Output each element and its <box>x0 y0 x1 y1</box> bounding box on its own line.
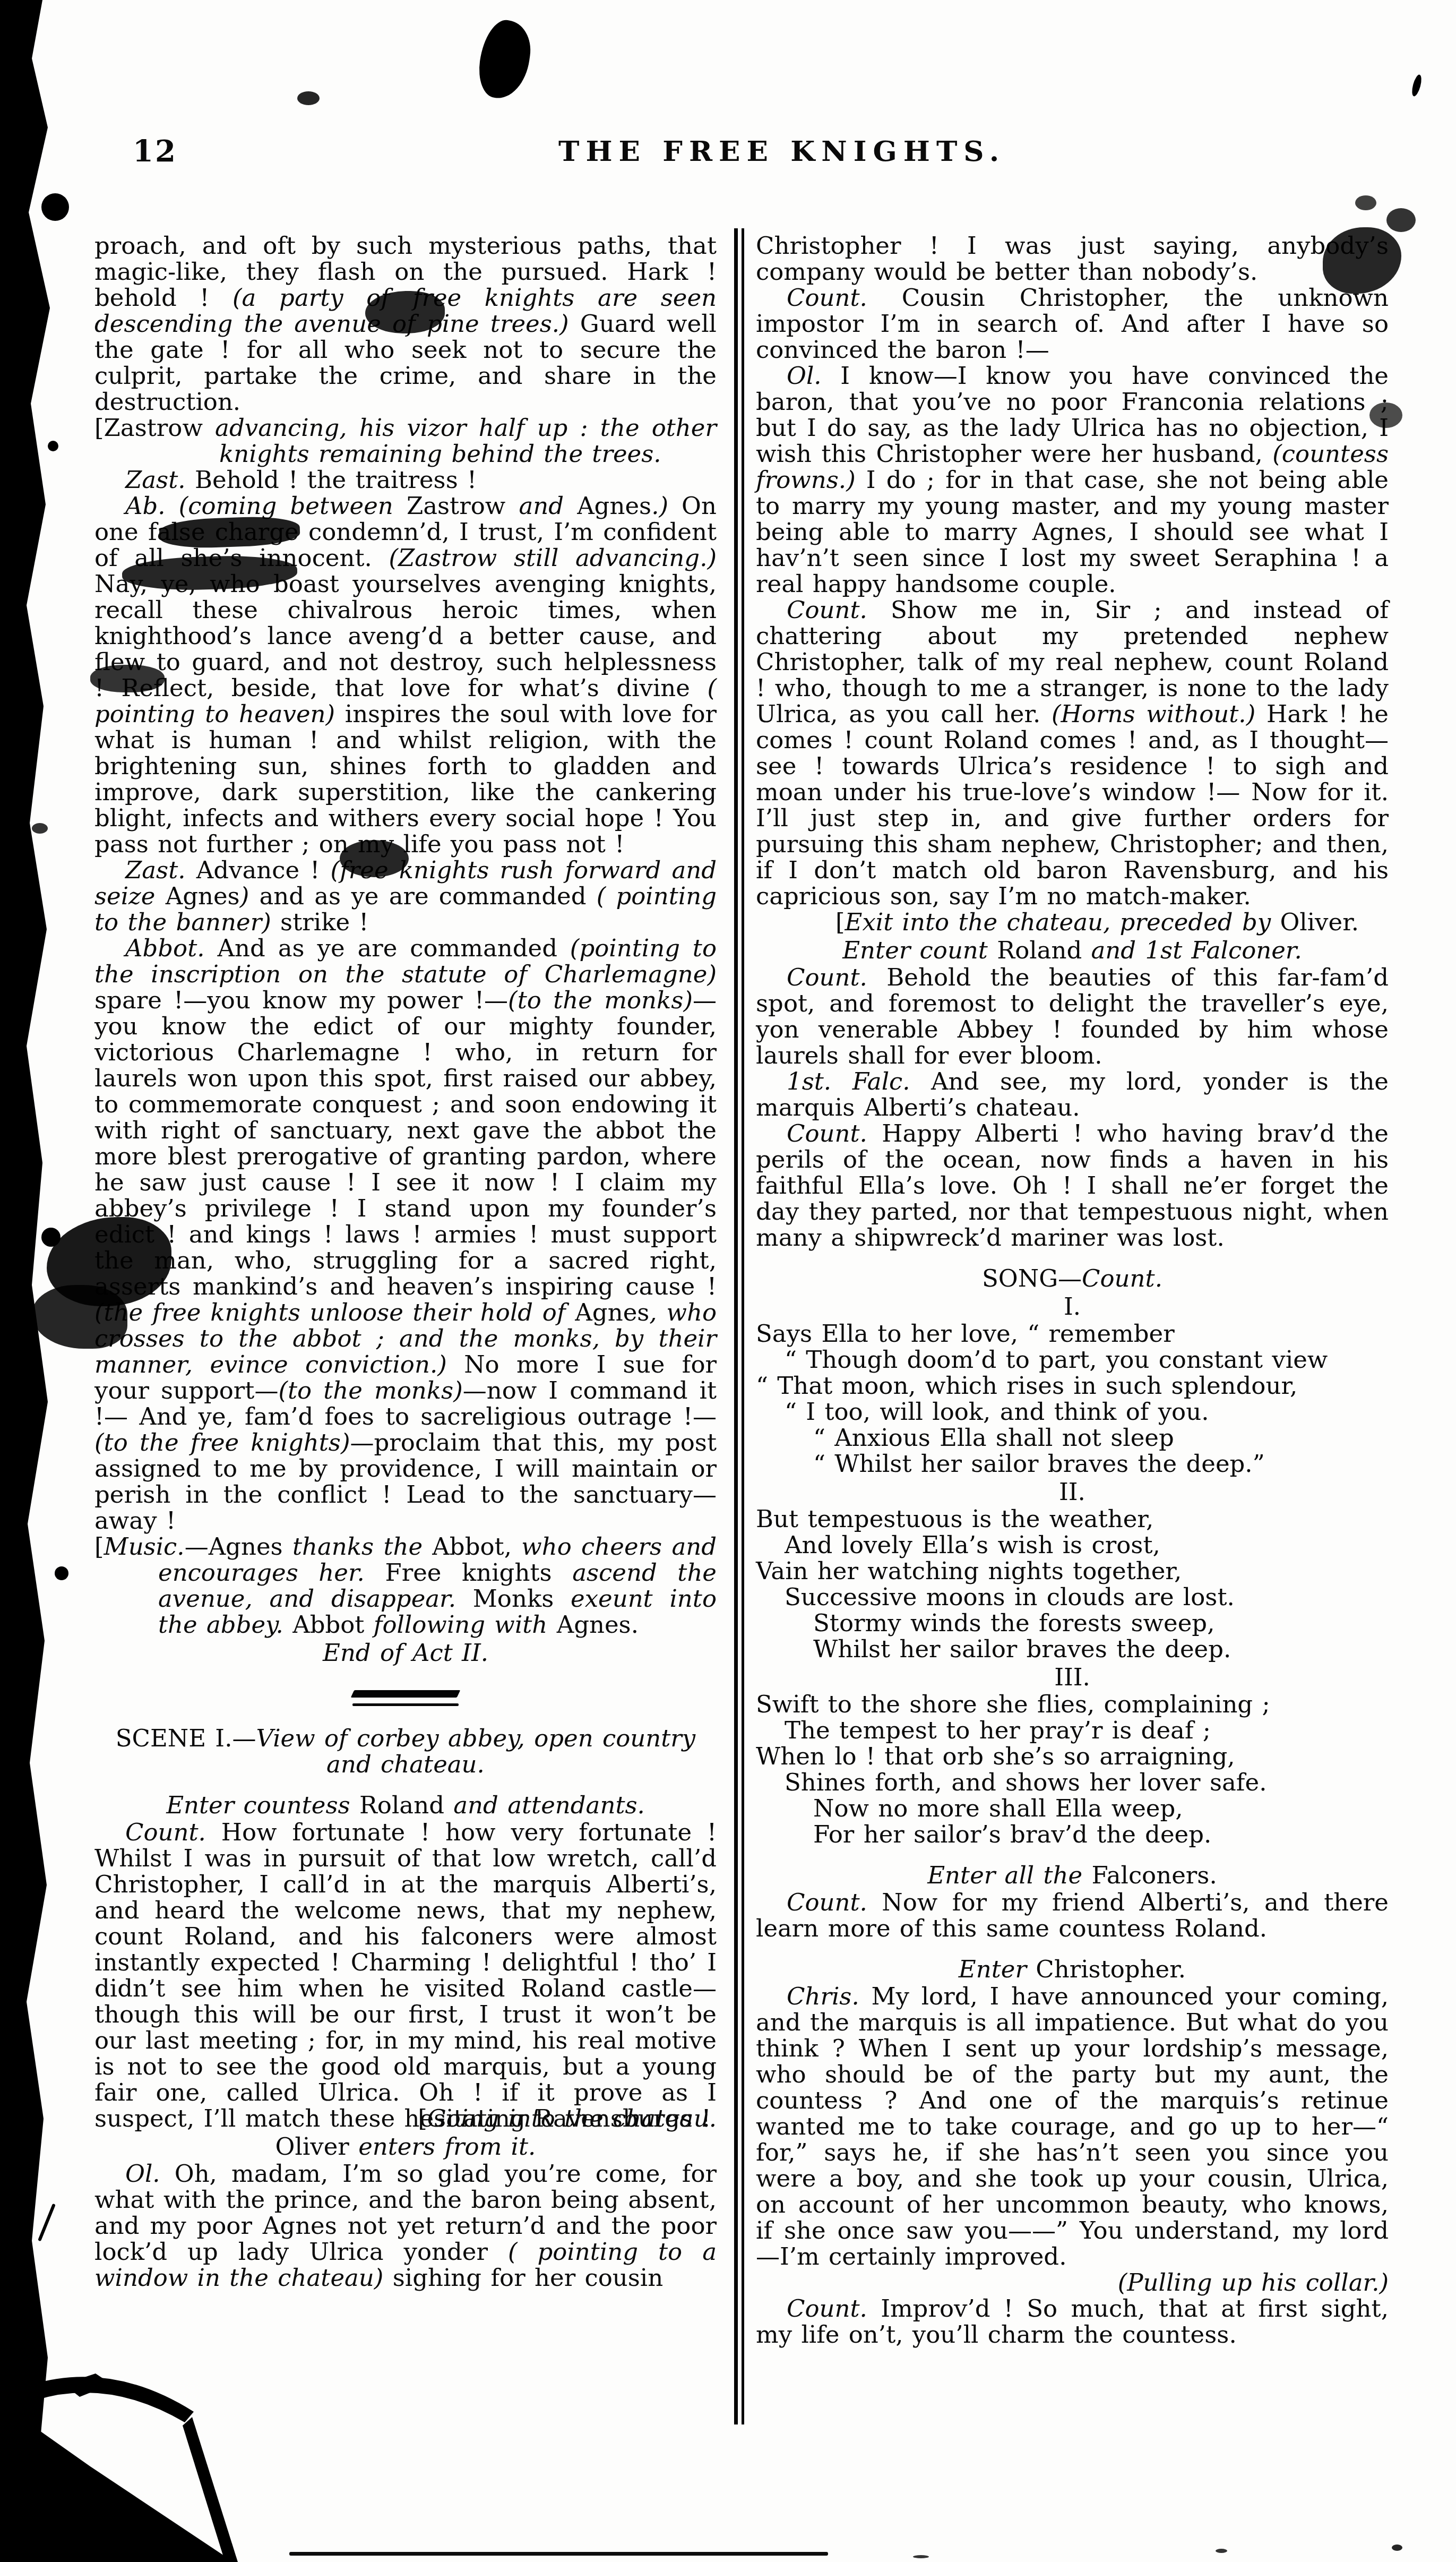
speech-paragraph: Abbot. And as ye are commanded (pointing… <box>94 935 717 1533</box>
stage-direction: (Pulling up his collar.) <box>756 2269 1389 2295</box>
italic-text: enters from it. <box>358 2132 536 2161</box>
roman-text: But tempestuous is the weather, <box>756 1505 1153 1533</box>
song-verse: Swift to the shore she flies, complainin… <box>756 1691 1389 1847</box>
roman-text: Falconers. <box>1092 1861 1217 1889</box>
roman-text: Agnes <box>577 492 651 520</box>
italic-text: Zast. <box>125 466 186 494</box>
roman-text: strike ! <box>271 908 369 936</box>
roman-text: And as ye are commanded <box>205 934 570 962</box>
roman-text: SCENE I.— <box>116 1724 256 1752</box>
song-line: “ Whilst her sailor braves the deep.” <box>756 1451 1389 1477</box>
roman-text: “ Whilst her sailor braves the deep.” <box>813 1450 1265 1478</box>
song-line: Shines forth, and shows her lover safe. <box>756 1769 1389 1795</box>
ink-blot <box>1386 208 1416 232</box>
roman-text: and as ye are commanded <box>249 882 596 910</box>
roman-text: Oliver. <box>1280 908 1359 936</box>
roman-text: Agnes <box>166 882 240 910</box>
roman-text: Advance ! <box>186 856 331 884</box>
centered-line: End of Act II. <box>94 1640 717 1666</box>
italic-text: Count. <box>787 963 867 991</box>
song-line: The tempest to her pray’r is deaf ; <box>756 1717 1389 1743</box>
italic-text: and 1st Falconer. <box>1082 936 1302 964</box>
centered-line: II. <box>756 1479 1389 1505</box>
page-number: 12 <box>133 134 177 169</box>
centered-line: SONG—Count. <box>756 1265 1389 1291</box>
song-line: Whilst her sailor braves the deep. <box>756 1636 1389 1662</box>
stage-direction: [Exit into the chateau, preceded by Oliv… <box>835 909 1389 935</box>
song-line: “ Though doom’d to part, you constant vi… <box>756 1347 1389 1373</box>
ink-blot <box>1369 402 1402 428</box>
roman-text: And lovely Ella’s wish is crost, <box>785 1531 1160 1559</box>
roman-text: Hark ! he comes ! count Roland comes ! a… <box>756 700 1389 910</box>
roman-text: Christopher. <box>1036 1955 1186 1983</box>
italic-text: Count. <box>787 596 867 624</box>
ink-blot <box>1323 227 1401 294</box>
running-title: THE FREE KNIGHTS. <box>558 135 1005 168</box>
italic-text: View of corbey abbey, open country and c… <box>256 1724 695 1778</box>
roman-text: Abbot <box>283 1610 374 1639</box>
roman-text: Zastrow <box>407 492 505 520</box>
italic-text: (to the free knights) <box>94 1428 350 1456</box>
song-line: Stormy winds the forests sweep, <box>756 1610 1389 1636</box>
roman-text: “ Though doom’d to part, you constant vi… <box>785 1346 1328 1374</box>
paragraph: Christopher ! I was just saying, anybody… <box>756 233 1389 285</box>
roman-text: I. <box>1064 1292 1081 1321</box>
roman-text: My lord, I have announced your coming, a… <box>756 1982 1389 2270</box>
roman-text: Vain her watching nights together, <box>756 1557 1182 1585</box>
ink-blot <box>289 2552 828 2556</box>
italic-text: End of Act II. <box>323 1639 488 1667</box>
italic-text: (Zastrow still advancing.) <box>389 544 717 572</box>
italic-text: Ol. <box>787 362 822 390</box>
song-line: “ I too, will look, and think of you. <box>756 1399 1389 1425</box>
roman-text: Swift to the shore she flies, complainin… <box>756 1690 1270 1718</box>
song-verse: Says Ella to her love, “ remember“ Thoug… <box>756 1321 1389 1477</box>
column-divider-rule <box>734 228 738 2424</box>
song-line: Says Ella to her love, “ remember <box>756 1321 1389 1347</box>
centered-line: Enter countess Roland and attendants. <box>94 1792 717 1818</box>
scene-heading: SCENE I.—View of corbey abbey, open coun… <box>94 1725 717 1777</box>
ink-blot <box>297 91 320 105</box>
ink-blot <box>365 291 445 333</box>
italic-text: Abbot. <box>125 934 205 962</box>
roman-text: Behold ! the traitress ! <box>186 466 477 494</box>
ink-blot <box>1410 74 1423 97</box>
speech-paragraph: Count. Show me in, Sir ; and instead of … <box>756 597 1389 909</box>
song-line: “ That moon, which rises in such splendo… <box>756 1373 1389 1399</box>
roman-text: III. <box>1054 1663 1090 1691</box>
roman-text: Now no more shall Ella weep, <box>813 1794 1183 1822</box>
ink-blot <box>340 840 409 877</box>
speech-paragraph: Zast. Behold ! the traitress ! <box>94 467 717 493</box>
song-line: But tempestuous is the weather, <box>756 1506 1389 1532</box>
italic-text: (the free knights unloose their hold of <box>94 1298 575 1326</box>
roman-text: “ I too, will look, and think of you. <box>785 1398 1209 1426</box>
centered-line: Enter count Roland and 1st Falconer. <box>756 937 1389 963</box>
column-divider-rule <box>742 228 744 2424</box>
italic-text: Count. <box>787 1888 867 1916</box>
roman-text: Stormy winds the forests sweep, <box>813 1609 1214 1637</box>
roman-text: —Agnes <box>185 1532 292 1561</box>
right-text-column: Christopher ! I was just saying, anybody… <box>756 233 1389 2347</box>
ornament-rule-thin <box>352 1703 459 1706</box>
ink-blot <box>475 17 535 101</box>
song-line: For her sailor’s brav’d the deep. <box>756 1821 1389 1847</box>
roman-text: Says Ella to her love, “ remember <box>756 1319 1175 1348</box>
roman-text: Abbot, <box>423 1532 521 1561</box>
speech-paragraph: Zast. Advance ! (free knights rush forwa… <box>94 857 717 935</box>
italic-text: and <box>505 492 577 520</box>
song-line: Vain her watching nights together, <box>756 1558 1389 1584</box>
roman-text: Christopher ! I was just saying, anybody… <box>756 232 1389 286</box>
italic-text: Count. <box>787 284 867 312</box>
roman-text: Shines forth, and shows her lover safe. <box>785 1768 1267 1796</box>
italic-text: Exit into the chateau, preceded by <box>845 908 1280 936</box>
roman-text: “ Anxious Ella shall not sleep <box>813 1424 1174 1452</box>
roman-text: SONG— <box>982 1264 1082 1292</box>
italic-text: Ol. <box>125 2160 160 2188</box>
roman-text: [ <box>94 414 104 442</box>
italic-text: following with <box>374 1610 548 1639</box>
roman-text: sighing for her cousin <box>383 2264 663 2292</box>
stage-direction: [Zastrow advancing, his vizor half up : … <box>94 415 717 467</box>
song-verse: But tempestuous is the weather,And lovel… <box>756 1506 1389 1662</box>
ink-blot <box>1392 2544 1402 2551</box>
italic-text: (to the monks) <box>278 1376 462 1404</box>
roman-text: [ <box>418 2104 427 2132</box>
italic-text: and attendants. <box>444 1791 645 1819</box>
italic-text: 1st. Falc. <box>787 1067 910 1095</box>
centered-line: Enter Christopher. <box>756 1956 1389 1982</box>
roman-text: “ That moon, which rises in such splendo… <box>756 1372 1297 1400</box>
song-line: When lo ! that orb she’s so arraigning, <box>756 1743 1389 1769</box>
roman-text: Monks <box>456 1584 571 1613</box>
speech-paragraph: Count. Cousin Christopher, the unknown i… <box>756 285 1389 363</box>
italic-text: Count. <box>125 1818 206 1846</box>
roman-text: Roland <box>359 1791 444 1819</box>
ink-blot <box>55 1566 68 1580</box>
italic-text: thanks the <box>292 1532 423 1561</box>
speech-paragraph: Count. Happy Alberti ! who having brav’d… <box>756 1120 1389 1250</box>
italic-text: Going into the chateau. <box>427 2104 717 2132</box>
roman-text: [ <box>94 1532 104 1561</box>
italic-text: advancing, his vizor half up : the other… <box>215 414 717 468</box>
roman-text: Agnes. <box>547 1610 639 1639</box>
speech-paragraph: Count. Now for my friend Alberti’s, and … <box>756 1889 1389 1941</box>
ink-blot <box>1216 2549 1227 2553</box>
song-line: “ Anxious Ella shall not sleep <box>756 1425 1389 1451</box>
centered-line: III. <box>756 1664 1389 1690</box>
roman-text: Zastrow <box>104 414 216 442</box>
italic-text: Count. <box>787 1119 867 1147</box>
crease-mark <box>0 2352 276 2562</box>
ink-blot <box>1355 195 1376 210</box>
ink-blot <box>90 665 165 692</box>
roman-text: Successive moons in clouds are lost. <box>785 1583 1235 1611</box>
italic-text: Count. <box>787 2294 867 2323</box>
roman-text: Free knights <box>365 1558 572 1587</box>
section-divider-ornament <box>352 1690 459 1706</box>
speech-paragraph: 1st. Falc. And see, my lord, yonder is t… <box>756 1068 1389 1120</box>
speech-paragraph: Count. How fortunate ! how very fortunat… <box>94 1819 717 2131</box>
roman-text: How fortunate ! how very fortunate ! Whi… <box>94 1818 717 2132</box>
italic-text: Music. <box>104 1532 185 1561</box>
roman-text: —you know the edict of our mighty founde… <box>94 986 717 1300</box>
speech-paragraph: Ol. I know—I know you have convinced the… <box>756 363 1389 597</box>
speech-paragraph: Ab. (coming between Zastrow and Agnes.) … <box>94 493 717 857</box>
song-line: And lovely Ella’s wish is crost, <box>756 1532 1389 1558</box>
roman-text: Oliver <box>275 2132 359 2161</box>
italic-text: Ab. (coming between <box>125 492 407 520</box>
speech-paragraph: Count. Behold the beauties of this far-f… <box>756 964 1389 1068</box>
roman-text: Agnes <box>575 1298 649 1326</box>
italic-text: Zast. <box>125 856 186 884</box>
scanned-book-page: 12 THE FREE KNIGHTS. proach, and oft by … <box>0 0 1456 2562</box>
roman-text: II. <box>1059 1478 1085 1506</box>
song-line: Now no more shall Ella weep, <box>756 1795 1389 1821</box>
italic-text: Enter <box>959 1955 1036 1983</box>
song-line: Successive moons in clouds are lost. <box>756 1584 1389 1610</box>
roman-text: Whilst her sailor braves the deep. <box>813 1635 1231 1663</box>
italic-text: Count. <box>1082 1264 1162 1292</box>
italic-text: (to the monks) <box>508 986 693 1014</box>
roman-text: When lo ! that orb she’s so arraigning, <box>756 1742 1235 1770</box>
centered-line: Enter all the Falconers. <box>756 1862 1389 1888</box>
italic-text: Enter all the <box>927 1861 1091 1889</box>
speech-paragraph: Count. Improv’d ! So much, that at first… <box>756 2295 1389 2347</box>
roman-text: Roland <box>997 936 1082 964</box>
roman-text: The tempest to her pray’r is deaf ; <box>785 1716 1211 1744</box>
roman-text: For her sailor’s brav’d the deep. <box>813 1820 1211 1848</box>
ink-blot <box>32 823 48 834</box>
stage-direction: [Music.—Agnes thanks the Abbot, who chee… <box>94 1533 717 1638</box>
centered-line: Oliver enters from it. <box>94 2133 717 2160</box>
roman-text: spare !—you know my power !— <box>94 986 508 1014</box>
italic-text: (Horns without.) <box>1052 700 1255 728</box>
italic-text: Enter countess <box>166 1791 359 1819</box>
italic-text: (Pulling up his collar.) <box>1118 2268 1389 2297</box>
italic-text: Enter count <box>842 936 997 964</box>
ink-blot <box>913 2555 929 2558</box>
roman-text: [ <box>835 908 845 936</box>
speech-paragraph: Chris. My lord, I have announced your co… <box>756 1983 1389 2269</box>
song-line: Swift to the shore she flies, complainin… <box>756 1691 1389 1717</box>
italic-text: .) <box>651 492 668 520</box>
centered-line: I. <box>756 1293 1389 1319</box>
ornament-rule-thick <box>351 1690 461 1698</box>
speech-paragraph: Ol. Oh, madam, I’m so glad you’re come, … <box>94 2161 717 2291</box>
italic-text: ) <box>240 882 249 910</box>
italic-text: Chris. <box>787 1982 859 2010</box>
